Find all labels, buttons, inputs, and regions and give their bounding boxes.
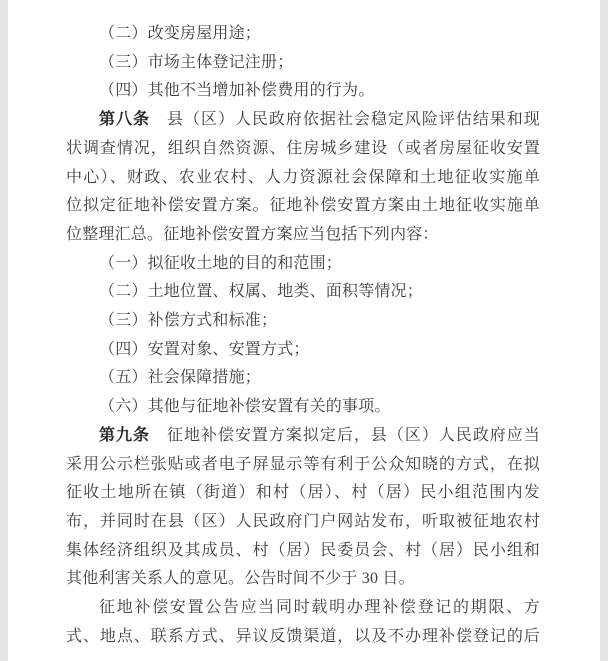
line-text: 位整理汇总。征地补偿安置方案应当包括下列内容： <box>66 226 439 243</box>
line-text: 布，并同时在县（区）人民政府门户网站发布，听取被征地农村 <box>66 513 540 530</box>
text-line: 征地补偿安置公告应当同时载明办理补偿登记的期限、方 <box>66 594 540 623</box>
line-text: 征地补偿安置方案拟定后，县（区）人民政府应当 <box>150 427 540 444</box>
document-text: （二）改变房屋用途； （三）市场主体登记注册； （四）其他不当增加补偿费用的行为… <box>66 20 540 651</box>
article-8-heading: 第八条 <box>99 111 150 128</box>
line-text: 位拟定征地补偿安置方案。征地补偿安置方案由土地征收实施单 <box>66 197 540 214</box>
article-9-heading: 第九条 <box>99 427 150 444</box>
text-line: 位拟定征地补偿安置方案。征地补偿安置方案由土地征收实施单 <box>66 192 540 221</box>
line-text: （六）其他与征地补偿安置有关的事项。 <box>99 398 391 415</box>
page-left-edge <box>0 0 8 661</box>
text-line: 第八条 县（区）人民政府依据社会稳定风险评估结果和现 <box>66 106 540 135</box>
text-line: （四）其他不当增加补偿费用的行为。 <box>66 77 540 106</box>
text-line: （五）社会保障措施； <box>66 364 540 393</box>
line-text: 采用公示栏张贴或者电子屏显示等有利于公众知晓的方式，在拟 <box>66 456 540 473</box>
line-text: 中心）、财政、农业农村、人力资源社会保障和土地征收实施单 <box>66 169 540 186</box>
line-text: （二）改变房屋用途； <box>99 25 261 42</box>
text-line: （四）安置对象、安置方式； <box>66 336 540 365</box>
text-line: 其他利害关系人的意见。公告时间不少于 30 日。 <box>66 565 540 594</box>
line-text: （四）安置对象、安置方式； <box>99 341 310 358</box>
text-line: （二）土地位置、权属、地类、面积等情况； <box>66 278 540 307</box>
text-line: 中心）、财政、农业农村、人力资源社会保障和土地征收实施单 <box>66 164 540 193</box>
line-text: （一）拟征收土地的目的和范围； <box>99 255 342 272</box>
text-line: 状调查情况，组织自然资源、住房城乡建设（或者房屋征收安置 <box>66 135 540 164</box>
text-line: 式、地点、联系方式、异议反馈渠道，以及不办理补偿登记的后 <box>66 623 540 652</box>
text-line: 第九条 征地补偿安置方案拟定后，县（区）人民政府应当 <box>66 422 540 451</box>
line-text: 状调查情况，组织自然资源、住房城乡建设（或者房屋征收安置 <box>66 140 540 157</box>
text-line: 布，并同时在县（区）人民政府门户网站发布，听取被征地农村 <box>66 508 540 537</box>
text-line: 征收土地所在镇（街道）和村（居）、村（居）民小组范围内发 <box>66 479 540 508</box>
text-line: 集体经济组织及其成员、村（居）民委员会、村（居）民小组和 <box>66 537 540 566</box>
text-line: （二）改变房屋用途； <box>66 20 540 49</box>
text-line: 采用公示栏张贴或者电子屏显示等有利于公众知晓的方式，在拟 <box>66 451 540 480</box>
line-text: （二）土地位置、权属、地类、面积等情况； <box>99 283 423 300</box>
line-text: （五）社会保障措施； <box>99 369 261 386</box>
line-text: 县（区）人民政府依据社会稳定风险评估结果和现 <box>150 111 540 128</box>
page-right-edge <box>600 0 608 661</box>
line-text: 其他利害关系人的意见。公告时间不少于 30 日。 <box>66 570 415 587</box>
text-line: （三）市场主体登记注册； <box>66 49 540 78</box>
text-line: （一）拟征收土地的目的和范围； <box>66 250 540 279</box>
line-text: （四）其他不当增加补偿费用的行为。 <box>99 82 374 99</box>
line-text: （三）市场主体登记注册； <box>99 54 293 71</box>
text-line: （三）补偿方式和标准； <box>66 307 540 336</box>
line-text: 集体经济组织及其成员、村（居）民委员会、村（居）民小组和 <box>66 542 540 559</box>
text-line: （六）其他与征地补偿安置有关的事项。 <box>66 393 540 422</box>
line-text: （三）补偿方式和标准； <box>99 312 277 329</box>
line-text: 征地补偿安置公告应当同时载明办理补偿登记的期限、方 <box>99 599 540 616</box>
line-text: 式、地点、联系方式、异议反馈渠道，以及不办理补偿登记的后 <box>66 628 540 645</box>
text-line: 位整理汇总。征地补偿安置方案应当包括下列内容： <box>66 221 540 250</box>
line-text: 征收土地所在镇（街道）和村（居）、村（居）民小组范围内发 <box>66 484 540 501</box>
